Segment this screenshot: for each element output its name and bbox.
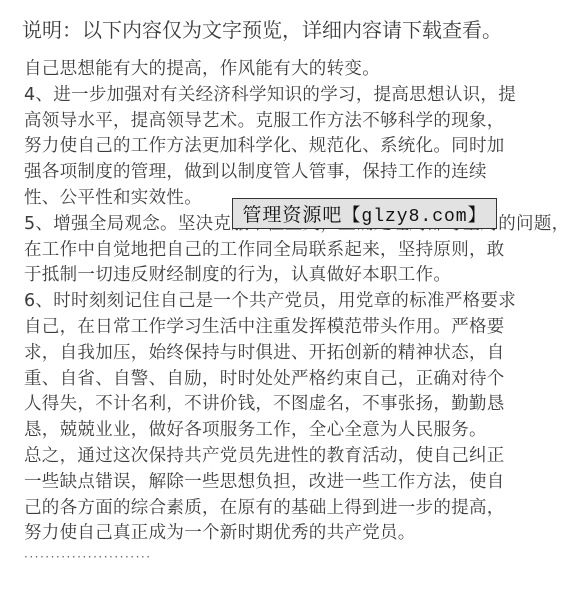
text-line: 人得失，不计名利，不讲价钱，不图虚名，不事张扬，勤勤恳 xyxy=(24,392,564,418)
document-body: 自己思想能有大的提高，作风能有大的转变。 4、进一步加强对有关经济科学知识的学习… xyxy=(24,57,564,567)
preview-notice: 说明：以下内容仅为文字预览，详细内容请下载查看。 xyxy=(22,14,502,43)
watermark-site: 【glzy8.com】 xyxy=(342,201,486,227)
text-line: 努力使自己真正成为一个新时期优秀的共产党员。 xyxy=(24,521,564,547)
text-line: 总之，通过这次保持共产党员先进性的教育活动，使自己纠正 xyxy=(24,444,564,470)
text-line: 一些缺点错误，解除一些思想负担，改进一些工作方法，使自 xyxy=(24,470,564,496)
text-line: 6、时时刻刻记住自己是一个共产党员，用党章的标准严格要求 xyxy=(24,289,564,315)
text-line: 努力使自己的工作方法更加科学化、规范化、系统化。同时加 xyxy=(24,134,564,160)
text-line: 自己思想能有大的提高，作风能有大的转变。 xyxy=(24,57,564,83)
watermark-banner: 管理资源吧 【glzy8.com】 xyxy=(232,198,497,229)
text-line: 求，自我加压，始终保持与时俱进、开拓创新的精神状态，自 xyxy=(24,341,564,367)
text-line: 4、进一步加强对有关经济科学知识的学习，提高思想认识，提 xyxy=(24,83,564,109)
watermark-label: 管理资源吧 xyxy=(242,200,342,227)
text-line: 高领导水平，提高领导艺术。克服工作方法不够科学的现象， xyxy=(24,109,564,135)
text-line: 恳，兢兢业业，做好各项服务工作，全心全意为人民服务。 xyxy=(24,418,564,444)
text-line: 于抵制一切违反财经制度的行为，认真做好本职工作。 xyxy=(24,263,564,289)
text-line: 在工作中自觉地把自己的工作同全局联系起来，坚持原则，敢 xyxy=(24,238,564,264)
text-line: 重、自省、自警、自励，时时处处严格约束自己，正确对待个 xyxy=(24,367,564,393)
text-line: 强各项制度的管理，做到以制度管人管事，保持工作的连续 xyxy=(24,160,564,186)
text-line: 自己，在日常工作学习生活中注重发挥模范带头作用。严格要 xyxy=(24,315,564,341)
text-line: 己的各方面的综合素质，在原有的基础上得到进一步的提高， xyxy=(24,496,564,522)
continuation-ellipsis: ························ xyxy=(24,547,564,567)
